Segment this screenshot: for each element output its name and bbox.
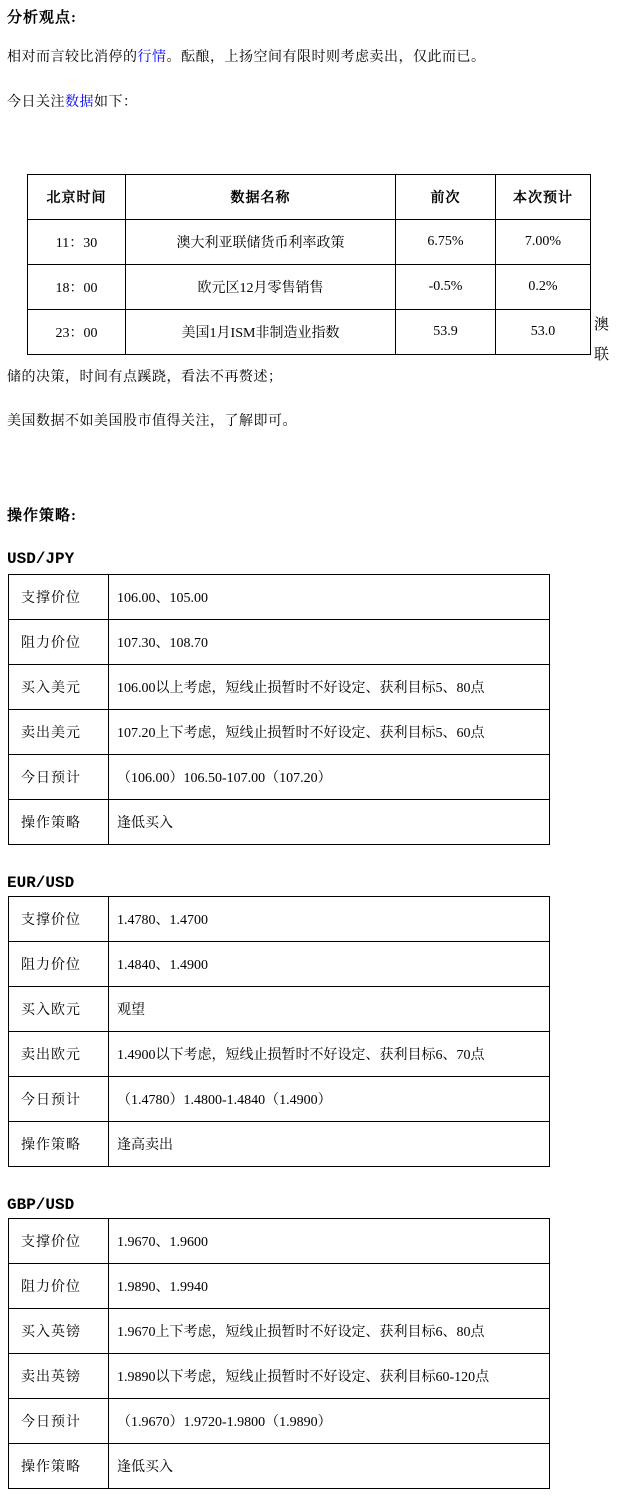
- strategy-label: 卖出英镑: [9, 1354, 109, 1399]
- cell-dataname: 美国1月ISM非制造业指数: [126, 310, 396, 355]
- strategy-row: 今日预计 （1.9670）1.9720-1.9800（1.9890）: [9, 1399, 550, 1444]
- analysis-text: 。酝酿，上扬空间有限时则考虑卖出，仅此而已。: [167, 50, 486, 65]
- analysis-text: 相对而言较比消停的: [7, 50, 138, 65]
- cell-time: 23：00: [28, 310, 126, 355]
- market-quote-link[interactable]: 行情: [138, 50, 167, 65]
- strategy-value: 1.9670上下考虑，短线止损暂时不好设定、获利目标6、80点: [109, 1309, 550, 1354]
- strategy-label: 操作策略: [9, 800, 109, 845]
- strategy-value: （1.9670）1.9720-1.9800（1.9890）: [109, 1399, 550, 1444]
- strategy-label: 阻力价位: [9, 942, 109, 987]
- strategy-label: 阻力价位: [9, 620, 109, 665]
- strategy-label: 今日预计: [9, 1077, 109, 1122]
- economic-data-table: 北京时间 数据名称 前次 本次预计 11：30 澳大利亚联储货币利率政策 6.7…: [27, 174, 591, 355]
- strategy-label: 买入美元: [9, 665, 109, 710]
- cell-forecast: 53.0: [496, 310, 591, 355]
- cell-forecast: 7.00%: [496, 220, 591, 265]
- cell-previous: 6.75%: [396, 220, 496, 265]
- cell-time: 18：00: [28, 265, 126, 310]
- cell-previous: -0.5%: [396, 265, 496, 310]
- strategy-row: 卖出欧元 1.4900以下考虑，短线止损暂时不好设定、获利目标6、70点: [9, 1032, 550, 1077]
- column-header-previous: 前次: [396, 175, 496, 220]
- column-header-time: 北京时间: [28, 175, 126, 220]
- strategy-value: 1.4840、1.4900: [109, 942, 550, 987]
- strategy-value: 107.20上下考虑，短线止损暂时不好设定、获利目标5、60点: [109, 710, 550, 755]
- strategy-label: 今日预计: [9, 755, 109, 800]
- strategy-value: 1.4900以下考虑，短线止损暂时不好设定、获利目标6、70点: [109, 1032, 550, 1077]
- strategy-row: 买入欧元 观望: [9, 987, 550, 1032]
- column-header-forecast: 本次预计: [496, 175, 591, 220]
- intro-text: 今日关注: [7, 95, 65, 110]
- strategy-value: 逢高卖出: [109, 1122, 550, 1167]
- fed-note-paragraph: 储的决策，时间有点蹊跷，看法不再赘述；: [7, 369, 283, 387]
- pair-title-gbpusd: GBP/USD: [7, 1196, 74, 1214]
- strategy-value: 106.00以上考虑，短线止损暂时不好设定、获利目标5、80点: [109, 665, 550, 710]
- strategy-label: 卖出欧元: [9, 1032, 109, 1077]
- strategy-label: 支撑价位: [9, 897, 109, 942]
- pair-title-eurusd: EUR/USD: [7, 874, 74, 892]
- data-link[interactable]: 数据: [65, 95, 94, 110]
- strategy-value: 观望: [109, 987, 550, 1032]
- strategy-label: 支撑价位: [9, 575, 109, 620]
- us-data-note-paragraph: 美国数据不如美国股市值得关注，了解即可。: [7, 413, 297, 431]
- report-page: 分析观点: 相对而言较比消停的行情。酝酿，上扬空间有限时则考虑卖出，仅此而已。 …: [0, 0, 622, 1507]
- strategy-label: 操作策略: [9, 1444, 109, 1489]
- strategy-value: 1.9890、1.9940: [109, 1264, 550, 1309]
- strategy-row: 阻力价位 1.4840、1.4900: [9, 942, 550, 987]
- strategy-row: 卖出英镑 1.9890以下考虑，短线止损暂时不好设定、获利目标60-120点: [9, 1354, 550, 1399]
- strategy-value: 107.30、108.70: [109, 620, 550, 665]
- strategy-table-usdjpy: 支撑价位 106.00、105.00 阻力价位 107.30、108.70 买入…: [8, 574, 550, 845]
- strategy-value: （106.00）106.50-107.00（107.20）: [109, 755, 550, 800]
- cell-dataname: 欧元区12月零售销售: [126, 265, 396, 310]
- pair-title-usdjpy: USD/JPY: [7, 550, 74, 568]
- strategy-label: 操作策略: [9, 1122, 109, 1167]
- intro-text: 如下：: [94, 95, 138, 110]
- column-header-dataname: 数据名称: [126, 175, 396, 220]
- wrapped-text-fragment: 澳联: [594, 310, 614, 370]
- strategy-value: 逢低买入: [109, 1444, 550, 1489]
- cell-time: 11：30: [28, 220, 126, 265]
- table-header-row: 北京时间 数据名称 前次 本次预计: [28, 175, 591, 220]
- strategy-row: 今日预计 （1.4780）1.4800-1.4840（1.4900）: [9, 1077, 550, 1122]
- strategy-label: 买入英镑: [9, 1309, 109, 1354]
- strategy-row: 买入英镑 1.9670上下考虑，短线止损暂时不好设定、获利目标6、80点: [9, 1309, 550, 1354]
- strategy-row: 买入美元 106.00以上考虑，短线止损暂时不好设定、获利目标5、80点: [9, 665, 550, 710]
- data-intro-paragraph: 今日关注数据如下：: [7, 94, 138, 112]
- strategy-row: 阻力价位 107.30、108.70: [9, 620, 550, 665]
- strategy-label: 支撑价位: [9, 1219, 109, 1264]
- table-row: 23：00 美国1月ISM非制造业指数 53.9 53.0: [28, 310, 591, 355]
- strategy-row: 操作策略 逢低买入: [9, 800, 550, 845]
- strategy-row: 支撑价位 1.9670、1.9600: [9, 1219, 550, 1264]
- analysis-heading: 分析观点:: [7, 6, 77, 27]
- strategy-value: 1.9890以下考虑，短线止损暂时不好设定、获利目标60-120点: [109, 1354, 550, 1399]
- strategy-row: 操作策略 逢低买入: [9, 1444, 550, 1489]
- strategy-value: （1.4780）1.4800-1.4840（1.4900）: [109, 1077, 550, 1122]
- strategy-label: 卖出美元: [9, 710, 109, 755]
- strategy-row: 操作策略 逢高卖出: [9, 1122, 550, 1167]
- strategy-table-eurusd: 支撑价位 1.4780、1.4700 阻力价位 1.4840、1.4900 买入…: [8, 896, 550, 1167]
- cell-previous: 53.9: [396, 310, 496, 355]
- cell-forecast: 0.2%: [496, 265, 591, 310]
- strategy-heading: 操作策略:: [7, 504, 77, 525]
- strategy-label: 阻力价位: [9, 1264, 109, 1309]
- strategy-value: 1.9670、1.9600: [109, 1219, 550, 1264]
- strategy-value: 106.00、105.00: [109, 575, 550, 620]
- strategy-row: 支撑价位 106.00、105.00: [9, 575, 550, 620]
- cell-dataname: 澳大利亚联储货币利率政策: [126, 220, 396, 265]
- strategy-row: 今日预计 （106.00）106.50-107.00（107.20）: [9, 755, 550, 800]
- strategy-value: 1.4780、1.4700: [109, 897, 550, 942]
- strategy-row: 卖出美元 107.20上下考虑，短线止损暂时不好设定、获利目标5、60点: [9, 710, 550, 755]
- strategy-label: 今日预计: [9, 1399, 109, 1444]
- strategy-label: 买入欧元: [9, 987, 109, 1032]
- strategy-row: 支撑价位 1.4780、1.4700: [9, 897, 550, 942]
- table-row: 18：00 欧元区12月零售销售 -0.5% 0.2%: [28, 265, 591, 310]
- strategy-value: 逢低买入: [109, 800, 550, 845]
- analysis-paragraph: 相对而言较比消停的行情。酝酿，上扬空间有限时则考虑卖出，仅此而已。: [7, 49, 486, 67]
- strategy-table-gbpusd: 支撑价位 1.9670、1.9600 阻力价位 1.9890、1.9940 买入…: [8, 1218, 550, 1489]
- strategy-row: 阻力价位 1.9890、1.9940: [9, 1264, 550, 1309]
- table-row: 11：30 澳大利亚联储货币利率政策 6.75% 7.00%: [28, 220, 591, 265]
